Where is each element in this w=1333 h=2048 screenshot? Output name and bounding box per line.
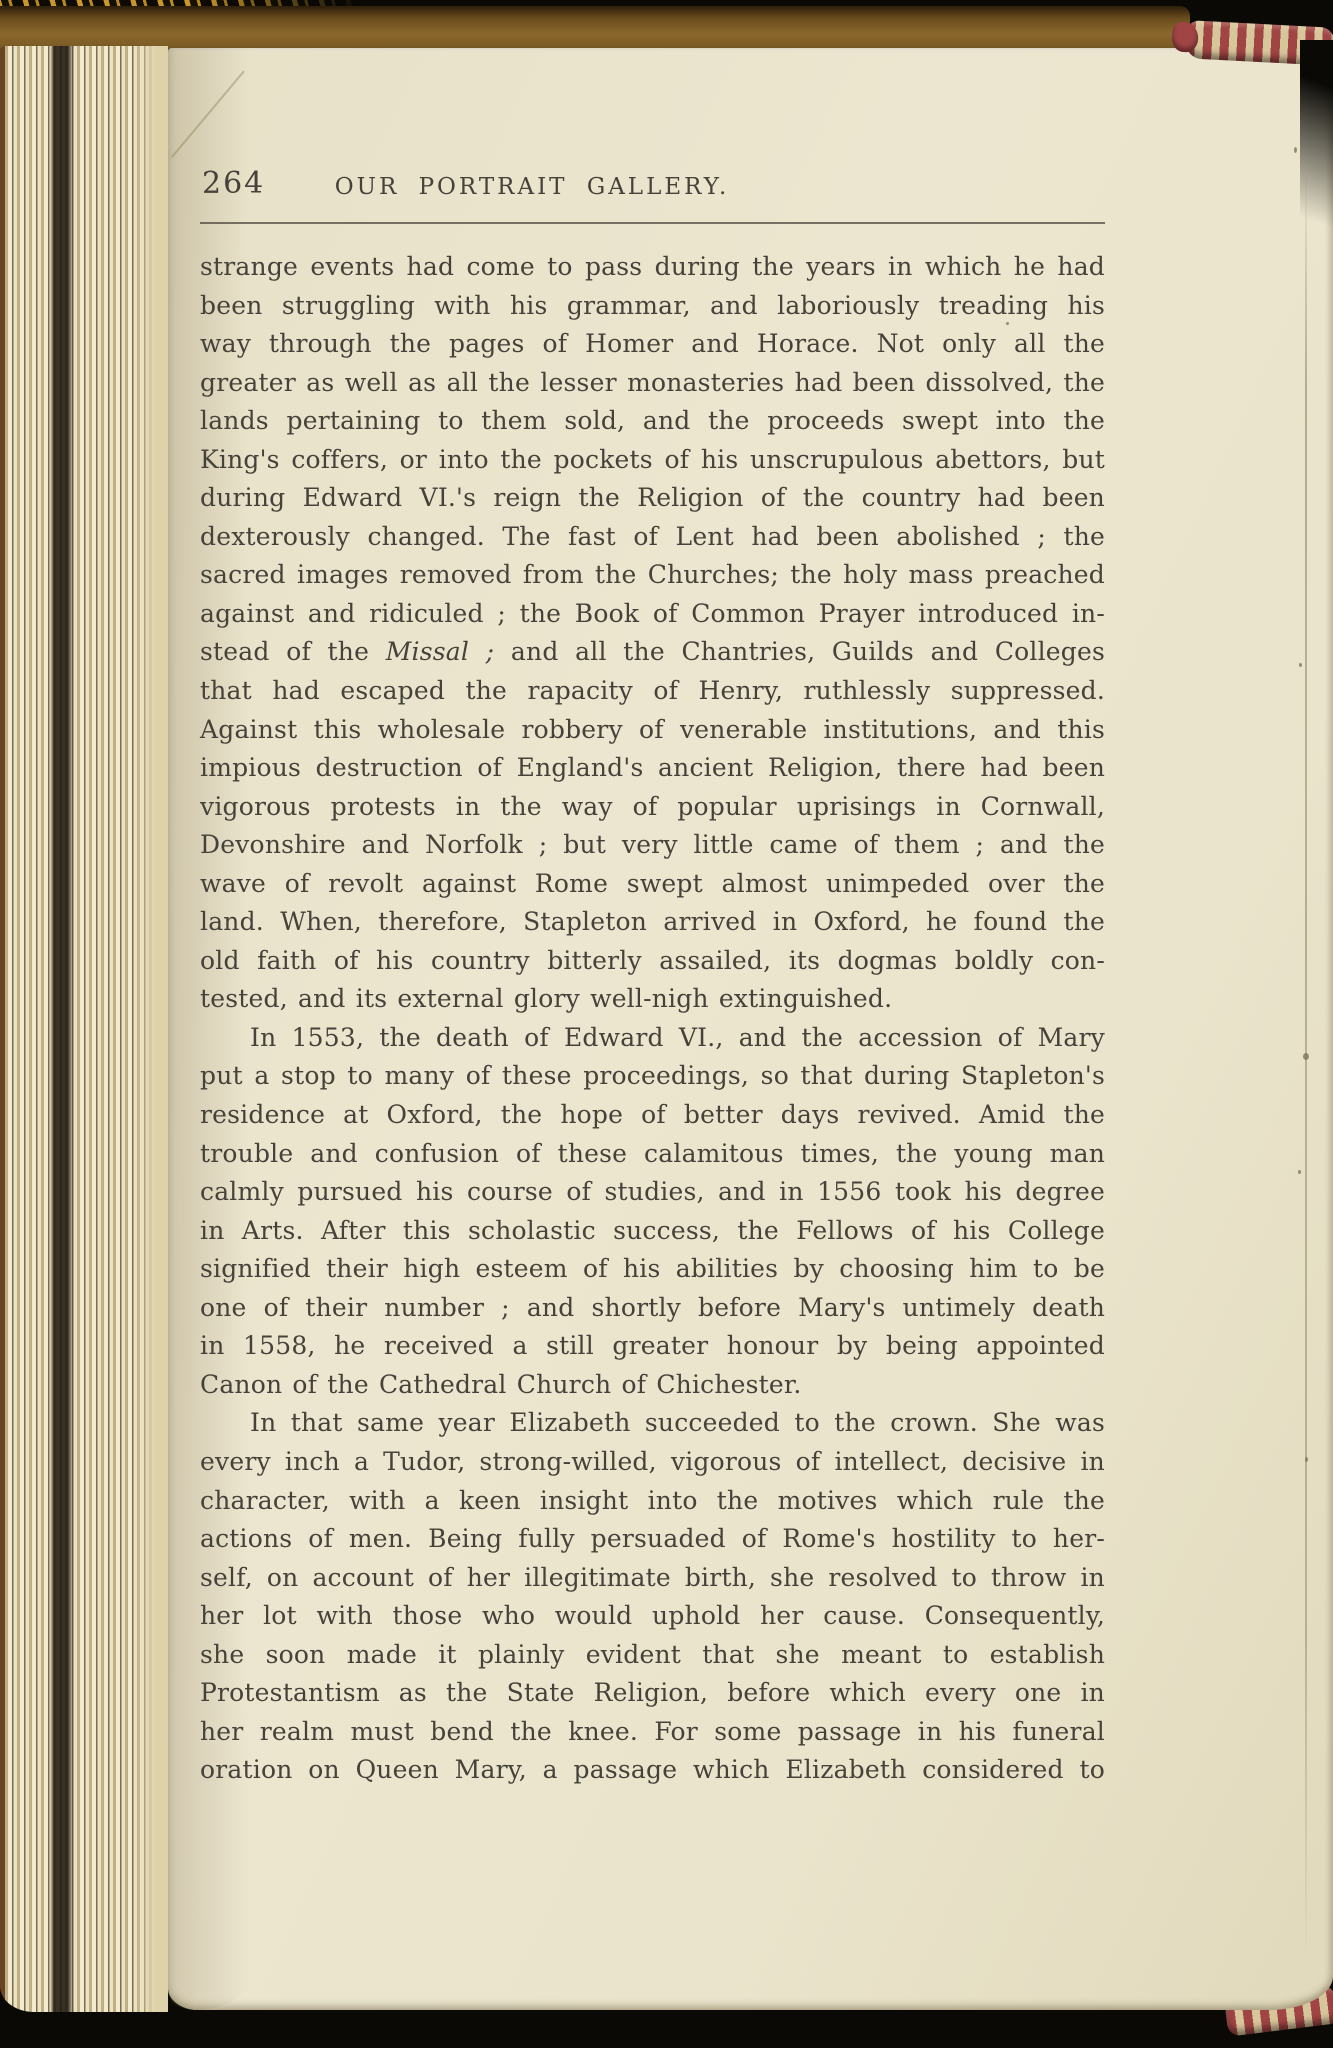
- text-line: every inch a Tudor, strong-willed, vigor…: [200, 1443, 1105, 1482]
- page-number: 264: [202, 164, 265, 204]
- text-line: Devonshire and Norfolk ; but very little…: [200, 826, 1105, 865]
- text-line: lands pertaining to them sold, and the p…: [200, 402, 1105, 441]
- text-line: Protestantism as the State Religion, bef…: [200, 1674, 1105, 1713]
- header-rule: [200, 222, 1105, 224]
- text-line: in Arts. After this scholastic success, …: [200, 1212, 1105, 1251]
- text-line: stead of the Missal ; and all the Chantr…: [200, 633, 1105, 672]
- text-line: her realm must bend the knee. For some p…: [200, 1713, 1105, 1752]
- text-line: during Edward VI.'s reign the Religion o…: [200, 479, 1105, 518]
- text-line: In that same year Elizabeth succeeded to…: [200, 1404, 1105, 1443]
- dust-speck: [1303, 1053, 1309, 1060]
- text-line: her lot with those who would uphold her …: [200, 1597, 1105, 1636]
- headband-fray: [1171, 21, 1199, 52]
- printed-area: 264 OUR PORTRAIT GALLERY. strange events…: [200, 160, 1105, 1790]
- dust-speck: [1294, 147, 1297, 153]
- text-line: strange events had come to pass during t…: [200, 248, 1105, 287]
- text-line: land. When, therefore, Stapleton arrived…: [200, 903, 1105, 942]
- text-line: Against this wholesale robbery of venera…: [200, 711, 1105, 750]
- text-line: against and ridiculed ; the Book of Comm…: [200, 595, 1105, 634]
- text-line: wave of revolt against Rome swept almost…: [200, 865, 1105, 904]
- corner-shadow: [1300, 40, 1333, 290]
- text-line: vigorous protests in the way of popular …: [200, 788, 1105, 827]
- text-line: residence at Oxford, the hope of better …: [200, 1096, 1105, 1135]
- dust-speck: [1299, 663, 1302, 667]
- text-line: Canon of the Cathedral Church of Chiches…: [200, 1366, 1105, 1405]
- dust-speck: [1298, 1170, 1301, 1174]
- text-line: King's coffers, or into the pockets of h…: [200, 441, 1105, 480]
- text-line: calmly pursued his course of studies, an…: [200, 1173, 1105, 1212]
- text-line: In 1553, the death of Edward VI., and th…: [200, 1019, 1105, 1058]
- text-line: sacred images removed from the Churches;…: [200, 556, 1105, 595]
- text-line: old faith of his country bitterly assail…: [200, 942, 1105, 981]
- dust-speck: [1305, 1457, 1308, 1462]
- book-page: 264 OUR PORTRAIT GALLERY. strange events…: [168, 48, 1333, 2010]
- text-line: signified their high esteem of his abili…: [200, 1250, 1105, 1289]
- running-header: 264 OUR PORTRAIT GALLERY.: [200, 160, 1105, 216]
- text-line: she soon made it plainly evident that sh…: [200, 1636, 1105, 1675]
- running-title: OUR PORTRAIT GALLERY.: [335, 170, 730, 204]
- text-line: tested, and its external glory well-nigh…: [200, 980, 1105, 1019]
- text-line: that had escaped the rapacity of Henry, …: [200, 672, 1105, 711]
- text-line: way through the pages of Homer and Horac…: [200, 325, 1105, 364]
- dust-speck: [1006, 322, 1009, 325]
- text-line: actions of men. Being fully persuaded of…: [200, 1520, 1105, 1559]
- text-line: been struggling with his grammar, and la…: [200, 287, 1105, 326]
- text-line: dexterously changed. The fast of Lent ha…: [200, 518, 1105, 557]
- page-crease: [171, 71, 245, 158]
- body-text: strange events had come to pass during t…: [200, 248, 1105, 1790]
- text-line: character, with a keen insight into the …: [200, 1482, 1105, 1521]
- text-line: impious destruction of England's ancient…: [200, 749, 1105, 788]
- text-line: oration on Queen Mary, a passage which E…: [200, 1751, 1105, 1790]
- text-line: one of their number ; and shortly before…: [200, 1289, 1105, 1328]
- text-line: trouble and confusion of these calamitou…: [200, 1135, 1105, 1174]
- book-scan: 264 OUR PORTRAIT GALLERY. strange events…: [0, 0, 1333, 2048]
- text-line: put a stop to many of these proceedings,…: [200, 1057, 1105, 1096]
- text-line: in 1558, he received a still greater hon…: [200, 1327, 1105, 1366]
- text-line: self, on account of her illegitimate bir…: [200, 1559, 1105, 1598]
- page-stack-edge: [0, 46, 168, 2012]
- text-line: greater as well as all the lesser monast…: [200, 364, 1105, 403]
